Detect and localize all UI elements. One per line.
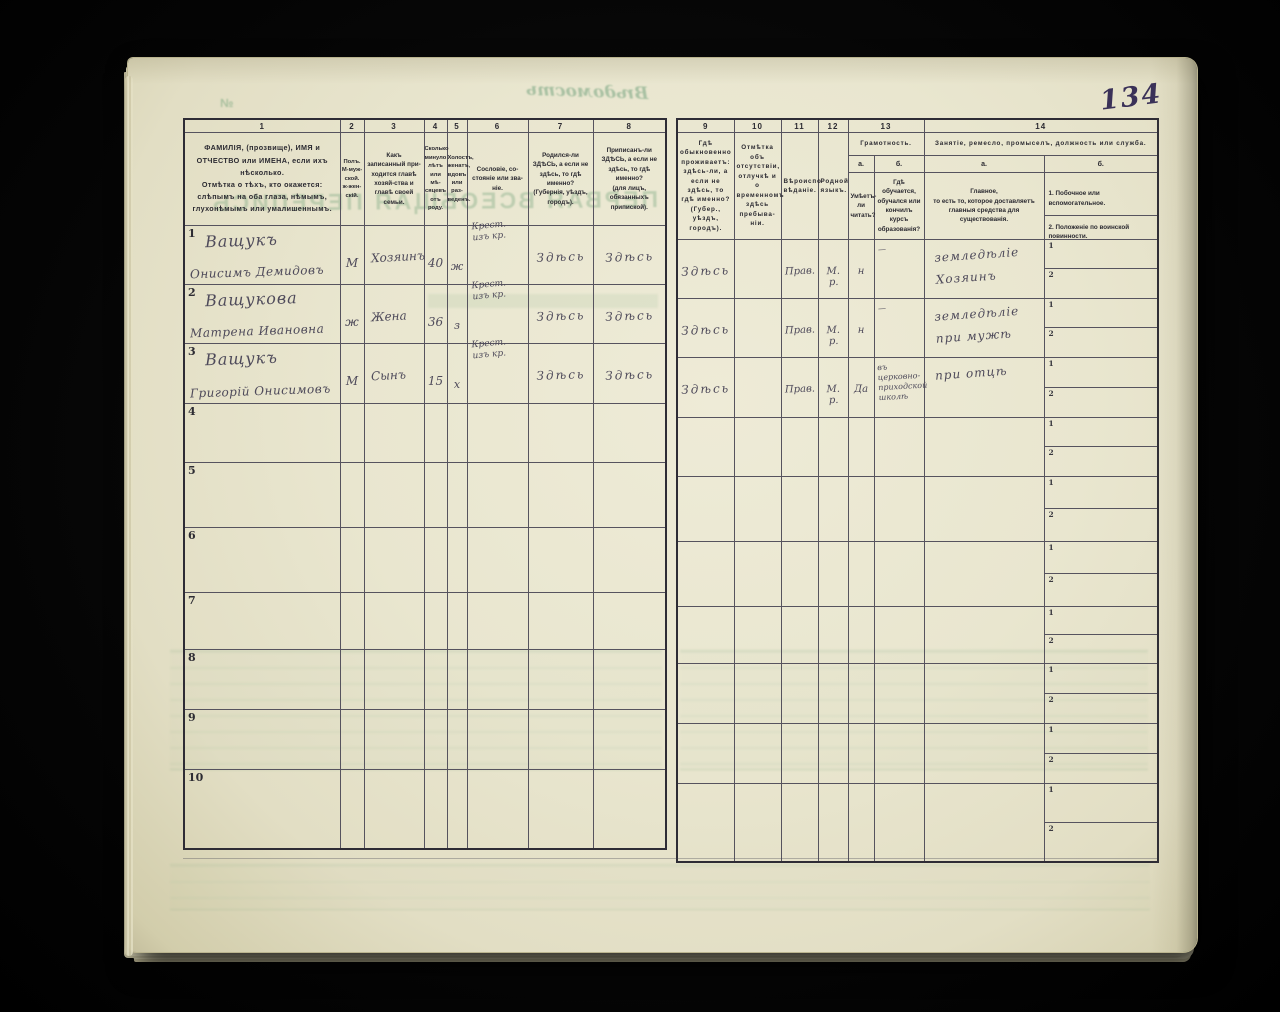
cell-sex: [340, 770, 364, 849]
record-row-left: 1ВащукъОнисимъ ДемидовъМХозяинъ40жКрест.…: [184, 226, 666, 285]
cell-absence: [734, 606, 781, 663]
cell-fullname: 5: [184, 463, 340, 528]
record-row-left: 5: [184, 463, 666, 528]
cell-schooling: [874, 606, 924, 663]
cell-sex: [340, 710, 364, 770]
cell-absence: [734, 541, 781, 606]
cell-relation: Хозяинъ: [364, 226, 424, 285]
cell-language: М. р.: [818, 298, 848, 357]
row-number: 7: [188, 594, 196, 607]
cell-relation: [364, 463, 424, 528]
cell-language: [818, 417, 848, 476]
cell-absence: [734, 239, 781, 298]
hw-sex: ж: [343, 315, 362, 329]
cell-age: [424, 770, 447, 849]
cell-estate: Крест. изъ кр.: [467, 344, 528, 404]
sub-label-2: 2: [1049, 329, 1054, 338]
cell-occupation-main: земледѣліе Хозяинъ: [924, 239, 1044, 298]
cell-birthplace: Здѣсь: [528, 226, 593, 285]
cell-estate: [467, 593, 528, 650]
record-row-left: 4: [184, 404, 666, 463]
cell-fullname: 6: [184, 528, 340, 593]
cell-occupation-side: 12: [1044, 663, 1158, 723]
record-row-left: 6: [184, 528, 666, 593]
record-row-right: ЗдѣсьПрав.М. р.н—земледѣліе Хозяинъ12: [677, 239, 1158, 298]
cell-sex: [340, 593, 364, 650]
record-row-left: 7: [184, 593, 666, 650]
cell-birthplace: Здѣсь: [528, 285, 593, 344]
row-number: 8: [188, 651, 196, 664]
hw-age: 40: [427, 256, 445, 270]
cell-schooling: въ церковно- приходской школѣ: [874, 357, 924, 417]
cell-language: [818, 783, 848, 862]
sub-label-b: б.: [1044, 156, 1158, 173]
cell-residence: [677, 606, 734, 663]
cell-birthplace: [528, 710, 593, 770]
cell-absence: [734, 476, 781, 541]
hw-sex: М: [343, 256, 362, 270]
cell-religion: [781, 723, 818, 783]
cell-marital: ж: [447, 226, 467, 285]
cell-residence: Здѣсь: [677, 357, 734, 417]
cell-can-read: н: [848, 298, 874, 357]
cell-marital: х: [447, 344, 467, 404]
record-row-right: 12: [677, 663, 1158, 723]
hw-registered: Здѣсь: [595, 367, 663, 383]
cell-relation: [364, 650, 424, 710]
header-occupation-main: Главное, то есть то, которое доставляетъ…: [924, 173, 1044, 240]
record-row-right: 12: [677, 723, 1158, 783]
cell-schooling: [874, 663, 924, 723]
col-number: 8: [593, 119, 666, 133]
col-number: 11: [781, 119, 818, 133]
cell-can-read: Да: [848, 357, 874, 417]
sub-label-2: 2: [1049, 510, 1054, 519]
record-row-right: 12: [677, 606, 1158, 663]
header-residence: Гдѣ обыкновенно проживаетъ: здѣсь-ли, а …: [677, 133, 734, 240]
military-duty-subcell: 2: [1045, 574, 1158, 606]
cell-residence: [677, 783, 734, 862]
sub-label-a: а.: [924, 156, 1044, 173]
cell-marital: [447, 710, 467, 770]
cell-registered: [593, 710, 666, 770]
hw-estate: Крест. изъ кр.: [471, 336, 527, 362]
side-occupation-wrapper: 12: [1045, 299, 1158, 357]
side-occupation-subcell: 1: [1045, 664, 1158, 694]
cell-registered: [593, 593, 666, 650]
col-number: 6: [467, 119, 528, 133]
sub-label-1: 1: [1049, 608, 1054, 617]
sub-label-1: 1: [1049, 300, 1054, 309]
cell-estate: [467, 710, 528, 770]
side-occupation-wrapper: 12: [1045, 477, 1158, 541]
military-duty-subcell: 2: [1045, 694, 1158, 723]
cell-residence: [677, 663, 734, 723]
header-literacy-title: Грамотность.: [848, 133, 924, 156]
cell-occupation-main: [924, 476, 1044, 541]
hw-birthplace: Здѣсь: [530, 308, 590, 324]
side-occupation-subcell: 1: [1045, 784, 1158, 823]
cell-occupation-side: 12: [1044, 357, 1158, 417]
cell-marital: [447, 404, 467, 463]
hw-residence: Здѣсь: [680, 322, 732, 338]
hw-marital: ж: [450, 260, 465, 273]
side-occupation-subcell: 1: [1045, 477, 1158, 510]
cell-sex: [340, 404, 364, 463]
header-relation: Какъ записанный при-ходится главѣ хозяй-…: [364, 133, 424, 226]
sub-label-1: 1: [1049, 419, 1054, 428]
cell-can-read: [848, 783, 874, 862]
col-number: 7: [528, 119, 593, 133]
cell-estate: [467, 650, 528, 710]
sub-label-2: 2: [1049, 636, 1054, 645]
sub-label-2: 2: [1049, 389, 1054, 398]
cell-can-read: [848, 476, 874, 541]
cell-occupation-side: 12: [1044, 606, 1158, 663]
handwritten-page-number: 134: [1098, 78, 1164, 116]
cell-age: [424, 404, 447, 463]
cell-absence: [734, 723, 781, 783]
header-language: Родной языкъ.: [818, 133, 848, 240]
sub-label-1: 1: [1049, 478, 1054, 487]
sub-label-a: а.: [848, 156, 874, 173]
military-duty-subcell: 2: [1045, 754, 1158, 783]
hw-given-name: Онисимъ Демидовъ: [190, 263, 324, 282]
cell-occupation-side: 12: [1044, 476, 1158, 541]
cell-registered: Здѣсь: [593, 226, 666, 285]
sub-label-b: б.: [874, 156, 924, 173]
side-occupation-wrapper: 12: [1045, 418, 1158, 476]
hw-relation: Хозяинъ: [370, 249, 422, 266]
cell-relation: [364, 404, 424, 463]
sub-label-1: 1: [1049, 665, 1054, 674]
cell-sex: [340, 463, 364, 528]
side-occupation-subcell: 1: [1045, 542, 1158, 575]
hw-relation: Жена: [370, 308, 422, 325]
col-number: 4: [424, 119, 447, 133]
side-occupation-wrapper: 12: [1045, 664, 1158, 723]
cell-occupation-main: [924, 417, 1044, 476]
sub-label-2: 2: [1049, 695, 1054, 704]
military-duty-subcell: 2: [1045, 447, 1158, 476]
record-row-right: ЗдѣсьПрав.М. р.н—земледѣліе при мужѣ12: [677, 298, 1158, 357]
header-side-occupation: 1. Побочное или вспомогательное.: [1045, 182, 1158, 215]
cell-marital: з: [447, 285, 467, 344]
sub-label-1: 1: [1049, 359, 1054, 368]
military-duty-subcell: 2: [1045, 823, 1158, 861]
cell-marital: [447, 650, 467, 710]
side-occupation-wrapper: 12: [1045, 542, 1158, 606]
header-occupation-title: Занятіе, ремесло, промыселъ, должность и…: [924, 133, 1158, 156]
cell-can-read: [848, 541, 874, 606]
row-number: 5: [188, 464, 196, 477]
census-table-left-page: 1 2 3 4 5 6 7 8 ФАМИЛІЯ, (прозвище), ИМЯ…: [183, 118, 667, 850]
cell-relation: Жена: [364, 285, 424, 344]
cell-fullname: 1ВащукъОнисимъ Демидовъ: [184, 226, 340, 285]
hw-surname: Ващукова: [205, 287, 338, 311]
hw-estate: Крест. изъ кр.: [471, 218, 527, 244]
cell-residence: Здѣсь: [677, 298, 734, 357]
cell-occupation-side: 12: [1044, 239, 1158, 298]
cell-religion: [781, 606, 818, 663]
hw-marital: з: [450, 319, 465, 332]
cell-occupation-side: 12: [1044, 541, 1158, 606]
header-fullname: ФАМИЛІЯ, (прозвище), ИМЯ и ОТЧЕСТВО или …: [184, 133, 340, 226]
cell-religion: [781, 476, 818, 541]
cell-absence: [734, 357, 781, 417]
hw-surname: Ващукъ: [205, 228, 338, 252]
cell-marital: [447, 528, 467, 593]
col-number: 10: [734, 119, 781, 133]
side-occupation-subcell: 1: [1045, 299, 1158, 329]
cell-fullname: 9: [184, 710, 340, 770]
cell-registered: [593, 770, 666, 849]
hw-can-read: Да: [851, 384, 872, 395]
cell-age: [424, 463, 447, 528]
side-occupation-subcell: 1: [1045, 607, 1158, 636]
cell-fullname: 7: [184, 593, 340, 650]
row-number: 1: [188, 227, 196, 240]
cell-estate: [467, 528, 528, 593]
sub-label-1: 1: [1049, 785, 1054, 794]
sub-label-2: 2: [1049, 755, 1054, 764]
col-number: 14: [924, 119, 1158, 133]
cell-absence: [734, 663, 781, 723]
side-occupation-wrapper: 12: [1045, 358, 1158, 417]
column-number-row: 1 2 3 4 5 6 7 8: [184, 119, 666, 133]
cell-residence: [677, 723, 734, 783]
hw-registered: Здѣсь: [595, 308, 663, 324]
cell-registered: [593, 463, 666, 528]
header-schooling: Гдѣ обучается, обучался или кончилъ курс…: [874, 173, 924, 240]
cell-absence: [734, 298, 781, 357]
hw-occupation: при отцѣ: [934, 358, 1042, 387]
header-estate: Сословіе, со-стояніе или зва-ніе.: [467, 133, 528, 226]
row-number: 6: [188, 529, 196, 542]
military-duty-subcell: 2: [1045, 269, 1158, 298]
military-duty-subcell: 2: [1045, 509, 1158, 541]
cell-absence: [734, 783, 781, 862]
cell-schooling: [874, 541, 924, 606]
cell-occupation-main: [924, 606, 1044, 663]
hw-religion: Прав.: [783, 324, 815, 336]
cell-relation: [364, 770, 424, 849]
cell-language: [818, 663, 848, 723]
hw-surname: Ващукъ: [205, 346, 338, 370]
hw-can-read: н: [851, 266, 872, 277]
sub-label-1: 1: [1049, 241, 1054, 250]
cell-sex: [340, 650, 364, 710]
hw-can-read: н: [851, 325, 872, 336]
cell-registered: [593, 404, 666, 463]
cell-can-read: [848, 606, 874, 663]
cell-schooling: [874, 723, 924, 783]
record-row-right: 12: [677, 417, 1158, 476]
record-row-right: 12: [677, 476, 1158, 541]
record-row-left: 10: [184, 770, 666, 849]
side-occupation-wrapper: 12: [1045, 240, 1158, 298]
col-number: 1: [184, 119, 340, 133]
cell-age: [424, 528, 447, 593]
hw-age: 36: [427, 315, 445, 329]
cell-birthplace: [528, 463, 593, 528]
cell-estate: Крест. изъ кр.: [467, 285, 528, 344]
side-occupation-subcell: 1: [1045, 724, 1158, 754]
cell-religion: [781, 417, 818, 476]
bleed-through-band: [170, 864, 1150, 910]
column-number-row: 9 10 11 12 13 14: [677, 119, 1158, 133]
row-number: 2: [188, 286, 196, 299]
military-duty-subcell: 2: [1045, 388, 1158, 417]
cell-age: 40: [424, 226, 447, 285]
census-sheet: Вѣдомость ПЕРВАЯ ВСЕОБЩАЯ ПЕРЕПИСЬ № 134…: [128, 58, 1197, 952]
cell-birthplace: Здѣсь: [528, 344, 593, 404]
hw-language: М. р.: [820, 383, 846, 406]
record-row-right: 12: [677, 783, 1158, 862]
row-number: 9: [188, 711, 196, 724]
cell-religion: Прав.: [781, 357, 818, 417]
hw-residence: Здѣсь: [680, 381, 732, 397]
cell-can-read: [848, 663, 874, 723]
cell-can-read: [848, 417, 874, 476]
cell-birthplace: [528, 528, 593, 593]
sub-label-2: 2: [1049, 575, 1054, 584]
cell-can-read: н: [848, 239, 874, 298]
record-row-right: 12: [677, 541, 1158, 606]
header-marital: Холостъ, женатъ, вдовъ или раз-веденъ.: [447, 133, 467, 226]
cell-sex: ж: [340, 285, 364, 344]
record-row-left: 2ВащуковаМатрена ИвановнажЖена36зКрест. …: [184, 285, 666, 344]
cell-fullname: 2ВащуковаМатрена Ивановна: [184, 285, 340, 344]
col-number: 2: [340, 119, 364, 133]
cell-schooling: [874, 417, 924, 476]
col-number: 3: [364, 119, 424, 133]
cell-fullname: 10: [184, 770, 340, 849]
side-occupation-wrapper: 12: [1045, 607, 1158, 663]
cell-fullname: 4: [184, 404, 340, 463]
hw-schooling: —: [877, 302, 921, 314]
record-row-left: 8: [184, 650, 666, 710]
cell-estate: [467, 770, 528, 849]
cell-occupation-side: 12: [1044, 417, 1158, 476]
cell-sex: М: [340, 344, 364, 404]
hw-age: 15: [427, 374, 445, 388]
cell-registered: Здѣсь: [593, 285, 666, 344]
side-occupation-wrapper: 12: [1045, 784, 1158, 862]
cell-relation: [364, 710, 424, 770]
cell-residence: Здѣсь: [677, 239, 734, 298]
cell-occupation-main: [924, 541, 1044, 606]
cell-residence: [677, 476, 734, 541]
cell-language: [818, 606, 848, 663]
cell-schooling: —: [874, 239, 924, 298]
hw-given-name: Григорій Онисимовъ: [190, 382, 331, 401]
hw-schooling: въ церковно- приходской школѣ: [876, 361, 922, 403]
cell-relation: Сынъ: [364, 344, 424, 404]
census-table-right-page: 9 10 11 12 13 14 Гдѣ обыкновенно прожива…: [676, 118, 1159, 863]
cell-estate: [467, 404, 528, 463]
row-number: 10: [188, 771, 203, 784]
cell-relation: [364, 593, 424, 650]
header-religion: Вѣроиспо-вѣданіе.: [781, 133, 818, 240]
side-occupation-subcell: 1: [1045, 240, 1158, 270]
cell-religion: [781, 783, 818, 862]
header-age: Сколько минуло лѣтъ или мѣ-сяцевъ отъ ро…: [424, 133, 447, 226]
cell-religion: Прав.: [781, 298, 818, 357]
cell-age: 15: [424, 344, 447, 404]
hw-given-name: Матрена Ивановна: [190, 322, 325, 341]
col-number: 12: [818, 119, 848, 133]
sub-label-1: 1: [1049, 543, 1054, 552]
cell-marital: [447, 770, 467, 849]
cell-occupation-main: [924, 783, 1044, 862]
hw-language: М. р.: [820, 324, 846, 347]
hw-relation: Сынъ: [370, 367, 422, 384]
cell-absence: [734, 417, 781, 476]
cell-age: [424, 650, 447, 710]
record-row-right: ЗдѣсьПрав.М. р.Давъ церковно- приходской…: [677, 357, 1158, 417]
sub-label-1: 1: [1049, 725, 1054, 734]
cell-birthplace: [528, 593, 593, 650]
cell-schooling: [874, 783, 924, 862]
hw-residence: Здѣсь: [680, 263, 732, 279]
cell-marital: [447, 593, 467, 650]
bleed-through-script: Вѣдомость: [526, 80, 649, 104]
cell-schooling: —: [874, 298, 924, 357]
cell-occupation-side: 12: [1044, 723, 1158, 783]
cell-age: [424, 593, 447, 650]
cell-birthplace: [528, 650, 593, 710]
cell-language: М. р.: [818, 357, 848, 417]
cell-schooling: [874, 476, 924, 541]
record-row-left: 3ВащукъГригорій ОнисимовъМСынъ15хКрест. …: [184, 344, 666, 404]
cell-occupation-side: 12: [1044, 298, 1158, 357]
hw-language: М. р.: [820, 265, 846, 288]
hw-birthplace: Здѣсь: [530, 367, 590, 383]
cell-birthplace: [528, 770, 593, 849]
cell-relation: [364, 528, 424, 593]
side-occupation-wrapper: 12: [1045, 724, 1158, 783]
header-can-read: Умѣетъ-ли читать?: [848, 173, 874, 240]
cell-occupation-side: 12: [1044, 783, 1158, 862]
cell-estate: Крест. изъ кр.: [467, 226, 528, 285]
hw-occupation: земледѣліе при мужѣ: [933, 299, 1043, 350]
bleed-through-mark: №: [220, 96, 233, 110]
cell-language: [818, 723, 848, 783]
cell-registered: [593, 528, 666, 593]
header-registered: Приписанъ-ли ЗДѢСЬ, а если не здѣсь, то …: [593, 133, 666, 226]
cell-language: [818, 476, 848, 541]
sub-label-2: 2: [1049, 448, 1054, 457]
col-number: 5: [447, 119, 467, 133]
hw-schooling: —: [877, 243, 921, 255]
record-row-left: 9: [184, 710, 666, 770]
paper-top-shading: [128, 58, 1197, 84]
hw-sex: М: [343, 374, 362, 388]
cell-occupation-main: [924, 663, 1044, 723]
cell-birthplace: [528, 404, 593, 463]
header-sex: Полъ. М-муж- ской. ж-жен- скій.: [340, 133, 364, 226]
military-duty-subcell: 2: [1045, 635, 1158, 663]
cell-fullname: 8: [184, 650, 340, 710]
sub-label-2: 2: [1049, 824, 1054, 833]
hw-estate: Крест. изъ кр.: [471, 277, 527, 303]
hw-religion: Прав.: [783, 383, 815, 395]
side-occupation-subcell: 1: [1045, 418, 1158, 448]
row-number: 3: [188, 345, 196, 358]
cell-age: [424, 710, 447, 770]
hw-religion: Прав.: [783, 265, 815, 277]
